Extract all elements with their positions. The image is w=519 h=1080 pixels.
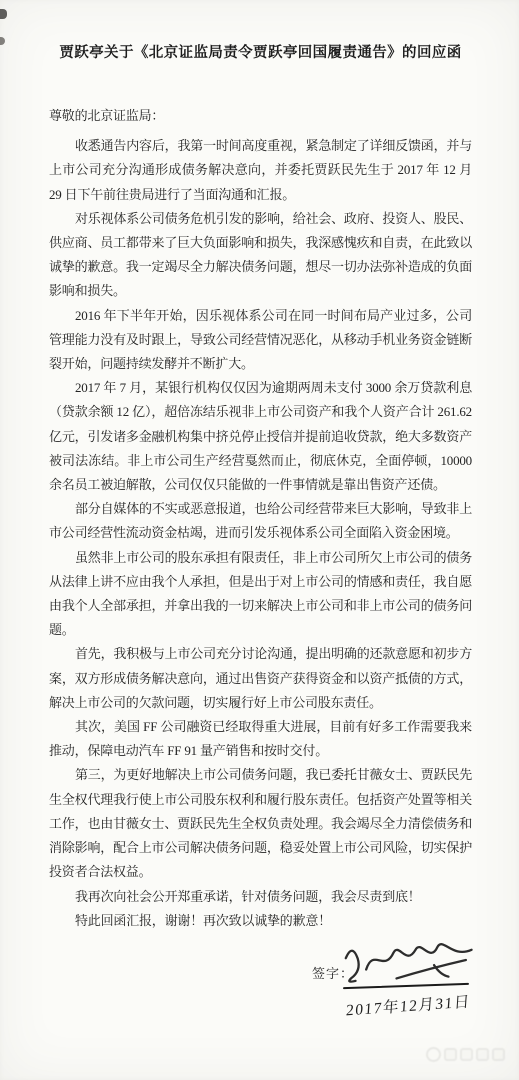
paragraph: 首先，我积极与上市公司充分讨论沟通，提出明确的还款意愿和初步方案，双方形成债务解… (49, 642, 472, 715)
letter-title: 贾跃亭关于《北京证监局责令贾跃亭回国履责通告》的回应函 (49, 42, 472, 64)
paragraph: 虽然非上市公司的股东承担有限责任，非上市公司所欠上市公司的债务从法律上讲不应由我… (49, 546, 472, 643)
watermark-glyph (492, 1048, 505, 1061)
paragraph: 2016 年下半年开始，因乐视体系公司在同一时间布局产业过多，公司管理能力没有及… (49, 304, 472, 377)
paragraph: 对乐视体系公司债务危机引发的影响，给社会、政府、投资人、股民、供应商、员工都带来… (49, 207, 472, 304)
paragraph: 收悉通告内容后，我第一时间高度重视，紧急制定了详细反馈函，并与上市公司充分沟通形… (49, 134, 472, 207)
site-watermark (426, 1047, 505, 1062)
letter-body: 收悉通告内容后，我第一时间高度重视，紧急制定了详细反馈函，并与上市公司充分沟通形… (49, 134, 472, 933)
scanned-letter-page: 贾跃亭关于《北京证监局责令贾跃亭回国履责通告》的回应函 尊敬的北京证监局： 收悉… (0, 0, 519, 1080)
paragraph: 部分自媒体的不实或恶意报道，也给公司经营带来巨大影响，导致非上市公司经营性流动资… (49, 497, 472, 545)
watermark-glyph (476, 1048, 489, 1061)
scan-artifact (0, 9, 7, 19)
watermark-logo-icon (426, 1047, 441, 1062)
scan-artifact (0, 37, 5, 45)
watermark-glyph (460, 1048, 473, 1061)
signature-date: 2017年12月31日 (345, 990, 471, 1021)
paragraph: 其次，美国 FF 公司融资已经取得重大进展，目前有好多工作需要我来推动，保障电动… (49, 715, 472, 763)
letter: 贾跃亭关于《北京证监局责令贾跃亭回国履责通告》的回应函 尊敬的北京证监局： 收悉… (49, 42, 472, 933)
paragraph: 第三，为更好地解决上市公司债务问题，我已委托甘薇女士、贾跃民先生全权代理我行使上… (49, 763, 472, 884)
paragraph: 2017 年 7 月，某银行机构仅仅因为逾期两周未支付 3000 余万贷款利息（… (49, 376, 472, 497)
paragraph: 我再次向社会公开郑重承诺，针对债务问题，我会尽责到底！ (49, 885, 472, 909)
paragraph: 特此回函汇报，谢谢！再次致以诚挚的歉意！ (49, 909, 472, 933)
salutation: 尊敬的北京证监局： (49, 104, 472, 128)
watermark-glyph (444, 1048, 457, 1061)
